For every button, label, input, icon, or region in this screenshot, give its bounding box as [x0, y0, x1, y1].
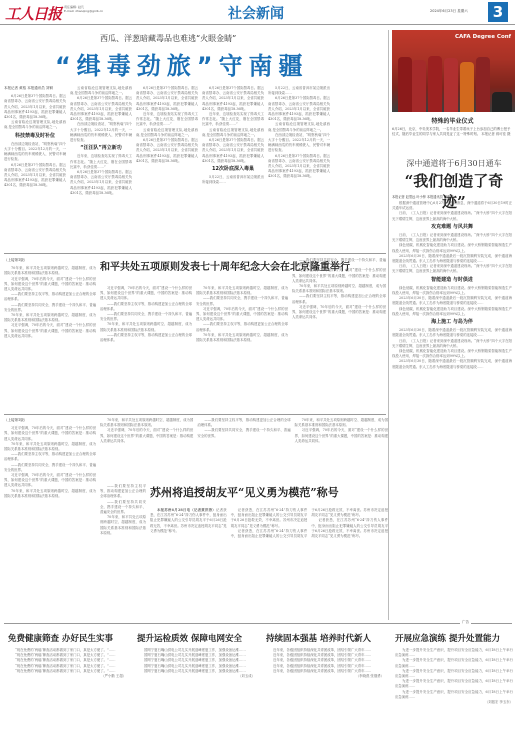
ad-block-2: 提升运检质效 保障电网安全 国网宁夏石嘴山供电公司扎实开展迎峰度夏工作，加强设备…: [137, 632, 255, 743]
mid-column-3: 70年来，和平共处五项原则跨越时空、超越制度，成为国际关系基本准则和国际法基本原…: [196, 286, 288, 410]
issue-date: 2024年6月23日 星期六: [430, 9, 468, 14]
subsection-title: 攻克难题 与风共舞: [392, 225, 512, 230]
ad-divider: [4, 623, 512, 624]
lead-subhead: 西瓜、洋葱暗藏毒品也难逃“火眼金睛”: [100, 33, 236, 44]
lead-column-1: 本报记者 黄榕 本报通讯员 刘铜 6月26日是第37个国际禁毒日。据云南省禁毒办…: [4, 86, 66, 250]
subsection-title: 海上施工 与岛为伴: [392, 320, 512, 325]
ad-block-4: 开展应急演练 提升处置能力 为进一步提升安全生产意识，提升项目安全应急能力，6月…: [395, 632, 513, 743]
continued-columns-top: 70年来，和平共处五项原则跨越时空、超越制度，成为国际关系基本准则和国际法基本原…: [100, 418, 388, 480]
photo-credit: 本报记者 蒋可佳 摄: [481, 132, 510, 136]
subsection-title: 12次卧底深入毒巢: [202, 167, 264, 172]
suzhou-headline: 苏州将追授胡友平“见义勇为模范”称号: [150, 484, 339, 500]
lead-column-2: 云南省临沧边境管理支队,地处滇西南,是全国禁毒斗争的前沿阵地之一。 6月26日是…: [70, 86, 132, 250]
photo-caption: 6月26日，北京，中央美术学院，一名毕业生带着孩子上台参加自己的博士授予仪式，随…: [392, 127, 512, 137]
ad-block-1: 免费健康筛查 办好民生实事 “现在免费的‘两癌’筛查活动都做到了家门口，真是太方…: [8, 632, 126, 743]
right-subhead: 深中通道将于6月30日通车: [395, 158, 513, 169]
right-byline: 本报记者 赵思远 叶小钟 本报通讯员 阿雯雯: [392, 194, 453, 199]
lead-column-5: 5月22日，云南省普洱市某边境派出所接到线索…… 6月26日是第37个国际禁毒日…: [268, 86, 330, 250]
right-story-body: 根据深中通道管理中心6月27日发布的消息，深中通道将于6月30日19时正式通车试…: [392, 201, 512, 619]
divider: [4, 414, 386, 415]
subsection-title: “汪汪队”再立新功: [70, 146, 132, 151]
lead-column-3: 6月26日是第37个国际禁毒日。据云南省禁毒办、云南省公安厅禁毒局相关负责人介绍…: [136, 86, 198, 250]
mid-column-4: ——我们要坚持共同安全，携手建设一个持久和平、普遍安全的世界。 习近平强调，70…: [292, 258, 386, 410]
mid-column-1: （上接第1版） 70年来，和平共处五项原则跨越时空、超越制度，成为国际关系基本准…: [4, 258, 96, 410]
column-divider: [388, 30, 389, 620]
graduation-photo: CAFA Degree Conf: [392, 30, 515, 112]
ad-title: 开展应急演练 提升处置能力: [395, 632, 513, 644]
subsection-title: 科技禁毒及时补位: [4, 134, 66, 139]
divider: [4, 253, 386, 254]
photo-banner-text: CAFA Degree Conf: [455, 34, 511, 40]
suzhou-story-body: 本报苏州6月28日电（记者黄洪涛）记者获悉，在江苏苏州“6·24”持刀伤人事件中…: [150, 508, 388, 618]
ad-title: 提升运检质效 保障电网安全: [137, 632, 255, 644]
continued-column-2: ——我们要坚持主权平等，推动构建更加公正合理的全球治理体系。 ——我们要坚持共同…: [100, 484, 146, 618]
editor-info: 责任编辑: 赵凡 E-mail: zhaoqing@grzb.cn: [64, 5, 103, 13]
ad-block-3: 持续固本强基 培养时代新人 近年来，各级团组织持续深化共青团改革，团结引领广大青…: [266, 632, 384, 743]
lead-byline: 本报记者 黄榕 本报通讯员 刘铜: [4, 86, 66, 91]
ad-title: 免费健康筛查 办好民生实事: [8, 632, 126, 644]
mid-column-2: 习近平强调，70年后的今天，面对“建设一个什么样的世界，如何建设这个世界”的重大…: [100, 286, 192, 410]
lead-column-4: 6月26日是第37个国际禁毒日。据云南省禁毒办、云南省公安厅禁毒局相关负责人介绍…: [202, 86, 264, 250]
photo-caption-title: 特殊的毕业仪式: [395, 116, 510, 125]
subsection-title: 智能建造 与时俱进: [392, 278, 512, 283]
lead-headline: “缉毒劲旅”守南疆: [55, 46, 309, 81]
ad-label: 广告: [460, 620, 471, 625]
page-number: 3: [488, 2, 508, 22]
newspaper-logo: 工人日报: [5, 3, 61, 24]
dateline: 本报苏州6月28日电（记者黄洪涛）: [157, 508, 216, 512]
ad-title: 持续固本强基 培养时代新人: [266, 632, 384, 644]
continued-column: （上接第1版） 习近平强调，70年后的今天，面对“建设一个什么样的世界，如何建设…: [4, 418, 96, 618]
section-title: 社会新闻: [228, 3, 284, 23]
